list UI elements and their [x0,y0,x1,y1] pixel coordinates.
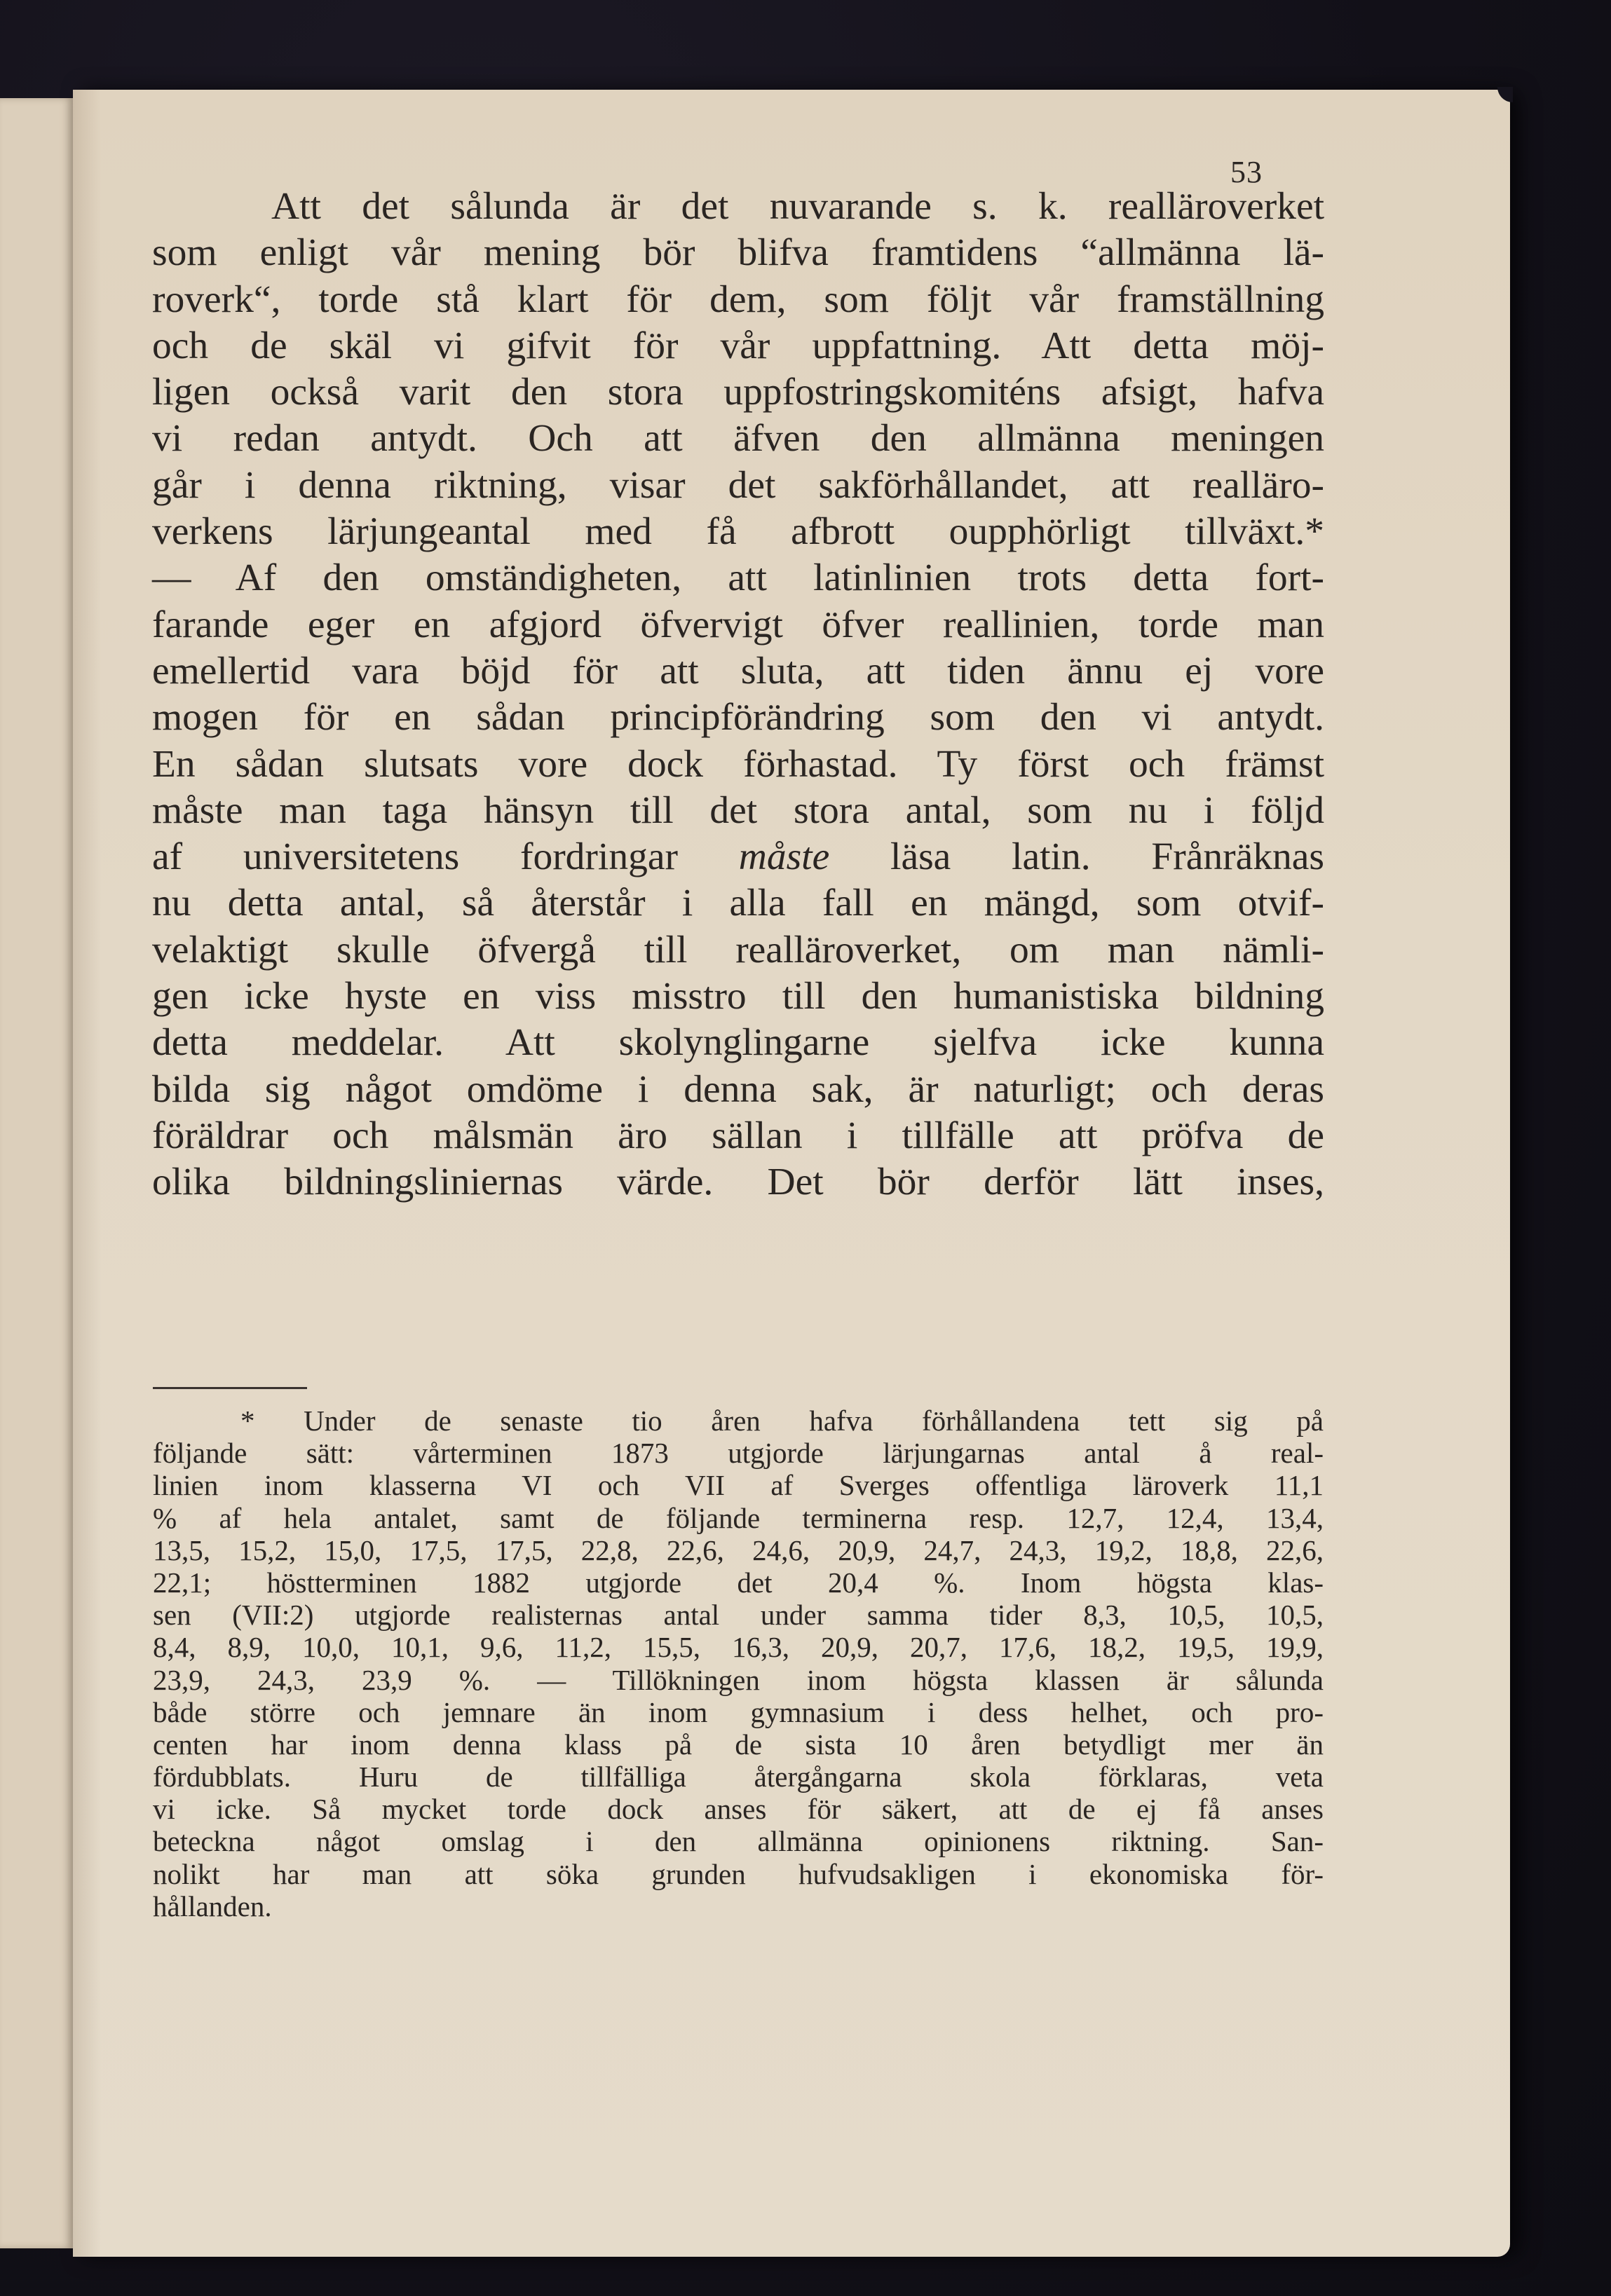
body-line: går i denna riktning, visar det sakförhå… [152,463,1324,509]
body-line: måste man taga hänsyn till det stora ant… [152,788,1324,834]
body-line: nu detta antal, så återstår i alla fall … [152,880,1324,927]
body-line: Att det sålunda är det nuvarande s. k. r… [152,184,1324,230]
footnote-line: 23,9, 24,3, 23,9 %. — Tillökningen inom … [153,1664,1324,1696]
footnote-line: 22,1; höstterminen 1882 utgjorde det 20,… [153,1566,1324,1599]
body-line: vi redan antydt. Och att äfven den allmä… [152,416,1324,462]
previous-page-edge [0,98,75,2248]
footnote-line: beteckna något omslag i den allmänna opi… [153,1825,1324,1857]
body-line-with-italic: af universitetens fordringar måste läsa … [152,834,1324,880]
body-text: Att det sålunda är det nuvarande s. k. r… [152,184,1324,1206]
body-line: föräldrar och målsmän äro sällan i tillf… [152,1113,1324,1159]
footnote-line: 13,5, 15,2, 15,0, 17,5, 17,5, 22,8, 22,6… [153,1534,1324,1566]
footnote-line: 8,4, 8,9, 10,0, 10,1, 9,6, 11,2, 15,5, 1… [153,1631,1324,1663]
body-line: och de skäl vi gifvit för vår uppfattnin… [152,323,1324,369]
footnote-divider [153,1387,307,1389]
footnote: * Under de senaste tio åren hafva förhål… [153,1405,1324,1922]
body-line: — Af den omständigheten, att latinlinien… [152,555,1324,601]
footnote-line: linien inom klasserna VI och VII af Sver… [153,1469,1324,1501]
footnote-line: fördubblats. Huru de tillfälliga återgån… [153,1761,1324,1793]
body-line: detta meddelar. Att skolynglingarne sjel… [152,1020,1324,1066]
body-line: som enligt vår mening bör blifva framtid… [152,230,1324,276]
text-run: läsa latin. Frånräknas [829,835,1324,878]
body-line: ligen också varit den stora uppfostrings… [152,369,1324,416]
body-line: velaktigt skulle öfvergå till reallärove… [152,927,1324,973]
footnote-line: nolikt har man att söka grunden hufvudsa… [153,1858,1324,1890]
footnote-line: både större och jemnare än inom gymnasiu… [153,1696,1324,1728]
footnote-line: * Under de senaste tio åren hafva förhål… [153,1405,1324,1437]
footnote-line: hållanden. [153,1890,1324,1922]
body-line: verkens lärjungeantal med få afbrott oup… [152,509,1324,555]
body-line: mogen för en sådan principförändring som… [152,695,1324,741]
body-line: bilda sig något omdöme i denna sak, är n… [152,1067,1324,1113]
body-line: emellertid vara böjd för att sluta, att … [152,648,1324,695]
footnote-line: vi icke. Så mycket torde dock anses för … [153,1793,1324,1825]
body-line: roverk“, torde stå klart för dem, som fö… [152,277,1324,323]
body-line: olika bildningsliniernas värde. Det bör … [152,1159,1324,1205]
footnote-line: % af hela antalet, samt de följande term… [153,1502,1324,1534]
footnote-line: följande sätt: vårterminen 1873 utgjorde… [153,1437,1324,1469]
body-line: farande eger en afgjord öfvervigt öfver … [152,602,1324,648]
footnote-line: centen har inom denna klass på de sista … [153,1728,1324,1761]
page-corner [1497,87,1513,102]
emphasis-word: måste [739,835,829,878]
footnote-line: sen (VII:2) utgjorde realisternas antal … [153,1599,1324,1631]
body-line: En sådan slutsats vore dock förhastad. T… [152,742,1324,788]
text-run: af universitetens fordringar [152,835,739,878]
body-line: gen icke hyste en viss misstro till den … [152,973,1324,1020]
